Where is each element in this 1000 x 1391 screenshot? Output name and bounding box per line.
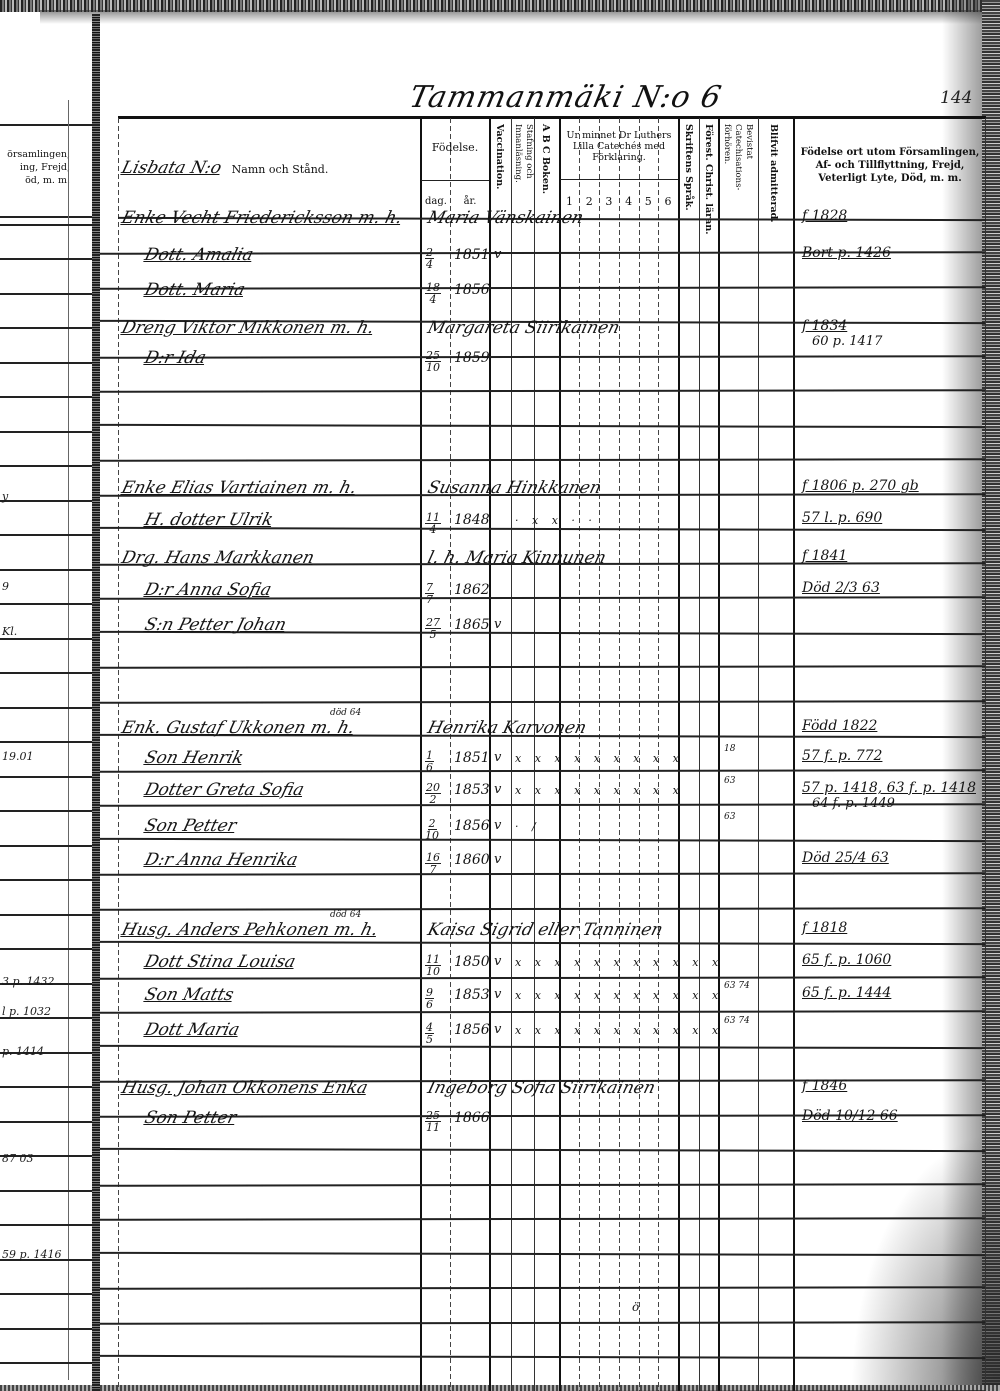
page-number: 144 — [940, 88, 972, 108]
entry-name: D:r Anna Henrika — [143, 850, 300, 870]
entry-vaccination: v — [494, 987, 501, 1002]
header-catechism-divider — [560, 179, 678, 180]
entry-note-above: död 64 — [330, 708, 361, 718]
left-row-rule — [0, 810, 92, 812]
left-row-rule — [0, 1293, 92, 1295]
entry-vaccination: v — [494, 247, 501, 262]
entry-birth-day: 45 — [425, 1016, 434, 1045]
entry-remarks: 65 f. p. 1060 — [802, 952, 891, 968]
entry-name: D:r Anna Sofia — [143, 580, 274, 600]
left-row-rule — [0, 258, 92, 260]
entry-birth-year: 1853 — [454, 987, 490, 1003]
col-rule-right — [985, 118, 986, 1391]
entry-exam-marks: · / — [515, 820, 541, 833]
left-header-line: örsamlingen, — [0, 148, 70, 161]
left-note: Kl. — [2, 625, 17, 638]
entry-name: H. dotter Ulrik — [143, 510, 276, 530]
left-row-rule — [0, 707, 92, 709]
entry-catechism-exam: 63 — [724, 812, 735, 822]
entry-remarks-secondary: 64 f. p. 1449 — [812, 796, 895, 811]
entry-remarks: Född 1822 — [802, 718, 877, 734]
left-note: 19.01 — [2, 750, 34, 763]
header-birth-day: dag. — [422, 196, 450, 208]
entry-name: Dott. Amalia — [143, 245, 256, 265]
entry-remarks: Död 10/12 66 — [802, 1108, 898, 1124]
col-rule-admitted-end — [793, 118, 795, 1391]
entry-exam-marks: x x x x x x x x x x x — [515, 1024, 723, 1037]
entry-vaccination: v — [494, 852, 501, 867]
entry-note-above: död 64 — [330, 910, 361, 920]
entry-birth-day: 167 — [425, 846, 441, 875]
entry-spouse-name: Kaisa Sigrid eller Tanninen — [426, 920, 665, 940]
entry-spouse-name: Ingeborg Sofia Siirikainen — [426, 1078, 658, 1098]
entry-exam-marks: x x x x x x x x x x x — [515, 989, 723, 1002]
entry-birth-day: 24 — [425, 241, 434, 270]
entry-name: Enke Elias Vartiainen m. h. — [120, 478, 359, 498]
header-christian-doctrine: Förest. Christ. läran. — [703, 124, 714, 219]
entry-name: Lisbata N:o — [120, 158, 224, 178]
left-note: p. 1414 — [2, 1045, 44, 1058]
left-row-rule — [0, 776, 92, 778]
left-row-rule — [0, 465, 92, 467]
catechism-col-5: 5 — [639, 196, 658, 208]
entry-birth-year: 1850 — [454, 954, 490, 970]
entry-birth-year: 1856 — [454, 282, 490, 298]
left-column-rule — [68, 100, 69, 1380]
entry-vaccination: v — [494, 617, 501, 632]
left-row-rule — [0, 569, 92, 571]
entry-remarks: 57 f. p. 772 — [802, 748, 882, 764]
entry-name: S:n Petter Johan — [143, 615, 289, 635]
entry-remarks: 57 l. p. 690 — [802, 510, 882, 526]
left-note: l p. 1032 — [2, 1005, 51, 1018]
entry-name: Son Matts — [143, 985, 236, 1005]
entry-vaccination: v — [494, 1022, 501, 1037]
entry-spouse-name: Margareta Siirikainen — [426, 318, 622, 338]
left-row-rule — [0, 1224, 92, 1226]
entry-name: Husg. Anders Pehkonen m. h. — [120, 920, 380, 940]
header-catechism-exam: Bevistat Catechisations-förhören. — [724, 124, 754, 219]
entry-remarks: 57 p. 1418, 63 f. p. 1418 — [802, 780, 976, 796]
entry-exam-marks: x x x x x x x x x — [515, 752, 684, 765]
book-gutter — [92, 14, 100, 1391]
entry-birth-day: 184 — [425, 276, 441, 305]
entry-name: D:r Ida — [143, 348, 209, 368]
catechism-col-6: 6 — [659, 196, 678, 208]
entry-spouse-name: Maria Vänskainen — [426, 208, 586, 228]
left-row-rule — [0, 879, 92, 881]
entry-exam-marks: x x x x x x x x x x x — [515, 956, 723, 969]
col-rule-scripture-end — [699, 118, 700, 1391]
entry-birth-day: 114 — [425, 506, 441, 535]
entry-vaccination: v — [494, 818, 501, 833]
entry-birth-day: 96 — [425, 981, 434, 1010]
catechism-col-2: 2 — [580, 196, 599, 208]
entry-spouse-name: l. h. Maria Kinnunen — [426, 548, 609, 568]
left-row-rule — [0, 293, 92, 295]
entry-remarks: f 1841 — [802, 548, 847, 564]
catechism-col-4: 4 — [619, 196, 638, 208]
entry-name: Dott. Maria — [143, 280, 248, 300]
entry-name: Dott Stina Louisa — [143, 952, 298, 972]
left-row-rule — [0, 431, 92, 433]
entry-birth-year: 1856 — [454, 1022, 490, 1038]
catechism-col-1: 1 — [560, 196, 579, 208]
entry-birth-day: 2511 — [425, 1104, 441, 1133]
entry-name: Drg. Hans Markkanen — [120, 548, 317, 568]
left-row-rule — [0, 845, 92, 847]
entry-remarks: Död 25/4 63 — [802, 850, 889, 866]
entry-remarks: f 1828 — [802, 208, 847, 224]
col-rule-name-end — [420, 118, 422, 1391]
left-row-rule — [0, 638, 92, 640]
left-row-rule — [0, 224, 92, 226]
entry-birth-year: 1853 — [454, 782, 490, 798]
left-row-rule — [0, 914, 92, 916]
entry-name: Enke Vecht Friedericksson m. h. — [120, 208, 405, 228]
col-rule-left — [118, 118, 119, 1391]
left-header-line: ing, Frejd, — [0, 161, 70, 174]
left-row-rule — [0, 1362, 92, 1364]
entry-name: Enk. Gustaf Ukkonen m. h. — [120, 718, 357, 738]
entry-remarks: Död 2/3 63 — [802, 580, 880, 596]
col-rule-day-end — [450, 118, 451, 1391]
entry-birth-year: 1851 — [454, 247, 490, 263]
entry-birth-year: 1865 — [454, 617, 490, 633]
left-note: 87 03 — [2, 1152, 34, 1165]
left-row-rule — [0, 1086, 92, 1088]
left-row-rule — [0, 362, 92, 364]
entry-vaccination: v — [494, 782, 501, 797]
entry-exam-marks: · x x · · — [515, 514, 597, 527]
entry-remarks: 65 f. p. 1444 — [802, 985, 891, 1001]
page-title: Tammanmäki N:o 6 — [406, 80, 725, 115]
entry-birth-year: 1860 — [454, 852, 490, 868]
header-birth-divider — [421, 180, 489, 181]
entry-catechism-exam: 63 — [724, 776, 735, 786]
left-row-rule — [0, 327, 92, 329]
header-catechism: Ur minnet Dr Luthers Lilla Catechés med … — [560, 130, 678, 163]
left-note: 3 p. 1432 — [2, 975, 55, 988]
left-row-rule — [0, 603, 92, 605]
entry-birth-year: 1848 — [454, 512, 490, 528]
entry-birth-day: 2510 — [425, 344, 441, 373]
entry-birth-day: 16 — [425, 744, 434, 773]
left-note: 59 p. 1416 — [2, 1248, 62, 1261]
entry-name: Dotter Greta Sofia — [143, 780, 307, 800]
header-reading: Stafning och Innanläsning. — [512, 124, 534, 214]
entry-remarks: Bort p. 1426 — [802, 245, 891, 261]
left-note: 9 — [2, 580, 9, 593]
entry-birth-year: 1862 — [454, 582, 490, 598]
header-scripture: Skriftens Språk. — [683, 124, 694, 219]
entry-name: Son Petter — [143, 816, 239, 836]
left-header-rule-bottom — [0, 216, 92, 218]
left-header-rule-top — [0, 124, 92, 126]
entry-name: Dreng Viktor Mikkonen m. h. — [120, 318, 377, 338]
entry-name: Son Henrik — [143, 748, 246, 768]
entry-birth-day: 275 — [425, 611, 441, 640]
entry-remarks: f 1846 — [802, 1078, 847, 1094]
entry-catechism-exam: 63 74 — [724, 1016, 750, 1026]
entry-vaccination: v — [494, 954, 501, 969]
entry-remarks: f 1834 — [802, 318, 847, 334]
left-page-fragment: örsamlingen, ing, Frejd, öd, m. m. y9Kl.… — [0, 0, 92, 1391]
entry-vaccination: v — [494, 750, 501, 765]
left-row-rule — [0, 1328, 92, 1330]
header-birth: Födelse. — [422, 142, 488, 154]
header-admitted: Blifvit admitterad. — [768, 124, 779, 219]
left-note: y — [2, 490, 8, 503]
col-rule-doctrine-end — [718, 118, 720, 1391]
header-abc: A B C Boken. — [540, 124, 551, 204]
left-row-rule — [0, 534, 92, 536]
scan-shadow-top — [40, 10, 1000, 24]
header-remarks: Födelse ort utom Församlingen, Af- och T… — [800, 146, 980, 185]
entry-exam-marks: x x x x x x x x x — [515, 784, 684, 797]
entry-birth-day: 202 — [425, 776, 441, 805]
entry-name: Husg. Johan Okkonens Enka — [120, 1078, 370, 1098]
entry-spouse-name: Susanna Hinkkanen — [426, 478, 604, 498]
col-rule-exam-end — [758, 118, 759, 1391]
left-row-rule — [0, 396, 92, 398]
entry-birth-day: 1110 — [425, 948, 441, 977]
entry-name: Dott Maria — [143, 1020, 242, 1040]
stray-mark: ö — [632, 1300, 639, 1314]
left-row-rule — [0, 741, 92, 743]
entry-remarks-secondary: 60 p. 1417 — [812, 334, 882, 349]
left-row-rule — [0, 948, 92, 950]
left-header-text: örsamlingen, ing, Frejd, öd, m. m. — [0, 148, 70, 187]
entry-birth-year: 1856 — [454, 818, 490, 834]
entry-birth-year: 1859 — [454, 350, 490, 366]
left-row-rule — [0, 500, 92, 502]
catechism-col-3: 3 — [599, 196, 618, 208]
entry-catechism-exam: 63 74 — [724, 981, 750, 991]
entry-name: Son Petter — [143, 1108, 239, 1128]
entry-birth-year: 1851 — [454, 750, 490, 766]
entry-remarks: f 1806 p. 270 gb — [802, 478, 919, 494]
left-header-line: öd, m. m. — [0, 174, 70, 187]
header-birth-year: år. — [451, 196, 489, 208]
entry-remarks: f 1818 — [802, 920, 847, 936]
entry-birth-day: 77 — [425, 576, 434, 605]
col-rule-vacc-end — [511, 118, 512, 1391]
entry-birth-day: 210 — [425, 812, 439, 841]
entry-catechism-exam: 18 — [724, 744, 735, 754]
entry-spouse-name: Henrika Karvonen — [426, 718, 589, 738]
left-row-rule — [0, 1190, 92, 1192]
left-row-rule — [0, 1121, 92, 1123]
entry-birth-year: 1866 — [454, 1110, 490, 1126]
left-row-rule — [0, 672, 92, 674]
header-vaccination: Vaccination. — [494, 124, 505, 204]
